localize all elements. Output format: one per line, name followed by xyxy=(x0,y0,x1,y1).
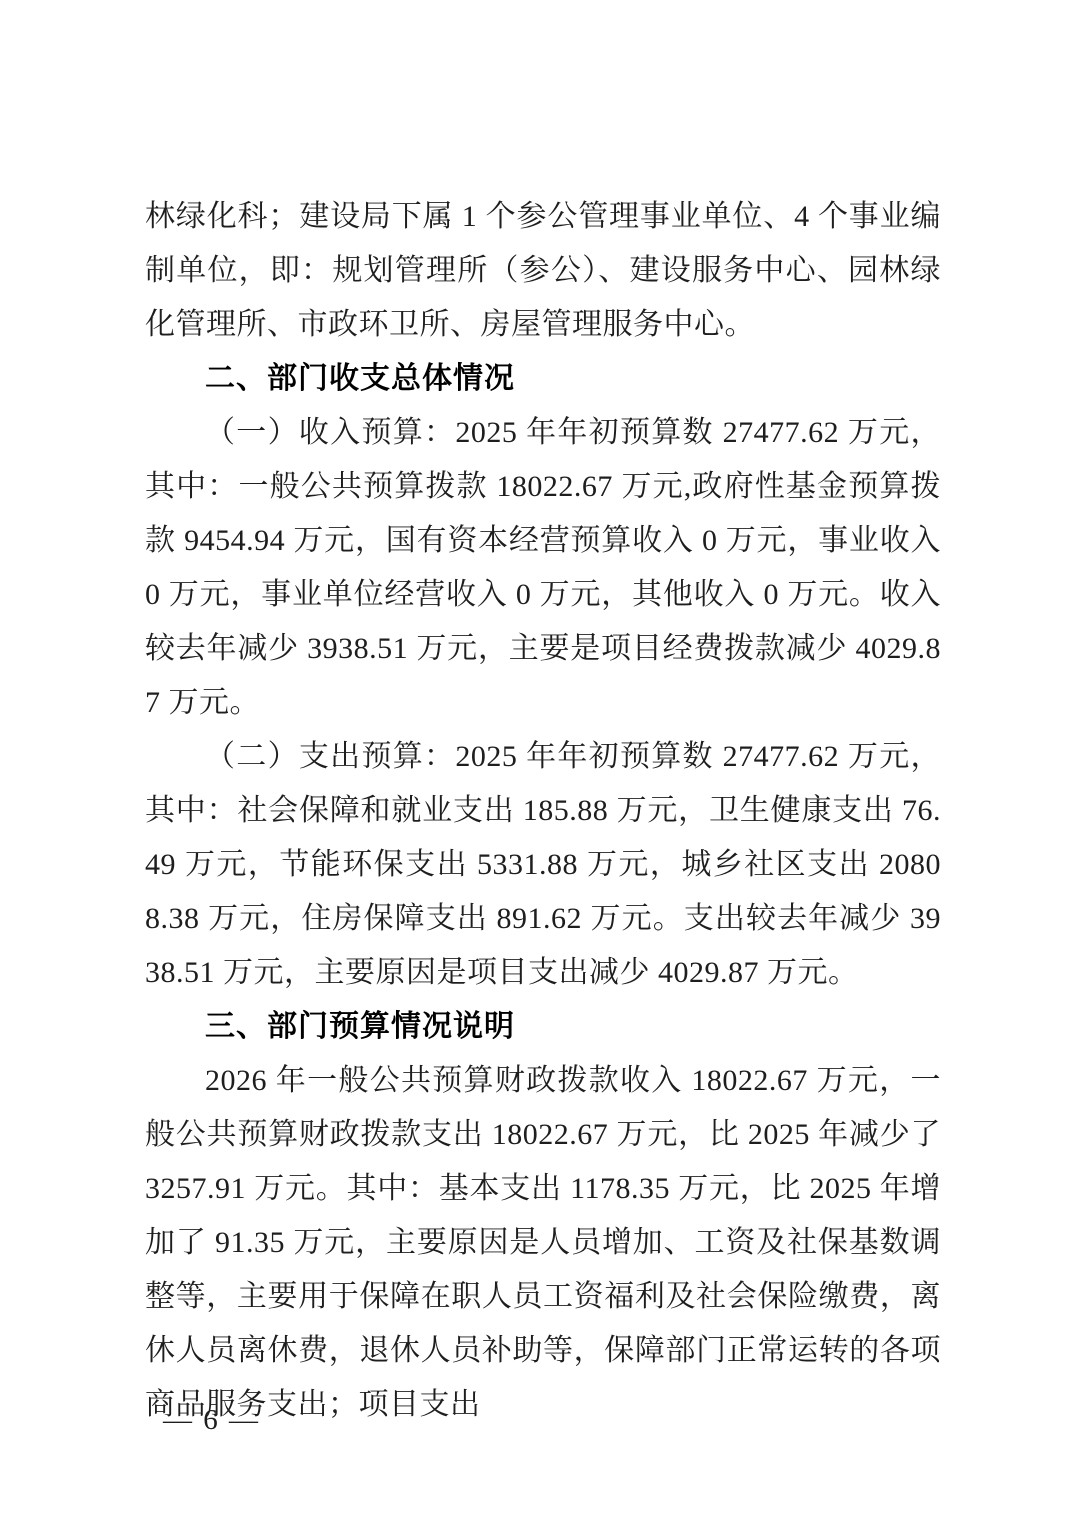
section-heading-budget-explanation: 三、部门预算情况说明 xyxy=(145,1000,941,1054)
section-heading-revenue-expenditure-overview: 二、部门收支总体情况 xyxy=(145,352,941,406)
document-body: 林绿化科；建设局下属 1 个参公管理事业单位、4 个事业编制单位，即：规划管理所… xyxy=(145,190,941,1432)
paragraph-subordinate-units-continuation: 林绿化科；建设局下属 1 个参公管理事业单位、4 个事业编制单位，即：规划管理所… xyxy=(145,190,941,352)
page-number: — 6 — xyxy=(163,1400,260,1440)
paragraph-expenditure-budget: （二）支出预算：2025 年年初预算数 27477.62 万元，其中：社会保障和… xyxy=(145,730,941,1000)
document-page: 林绿化科；建设局下属 1 个参公管理事业单位、4 个事业编制单位，即：规划管理所… xyxy=(0,0,1074,1520)
paragraph-income-budget: （一）收入预算：2025 年年初预算数 27477.62 万元，其中：一般公共预… xyxy=(145,406,941,730)
paragraph-budget-explanation: 2026 年一般公共预算财政拨款收入 18022.67 万元，一般公共预算财政拨… xyxy=(145,1054,941,1432)
